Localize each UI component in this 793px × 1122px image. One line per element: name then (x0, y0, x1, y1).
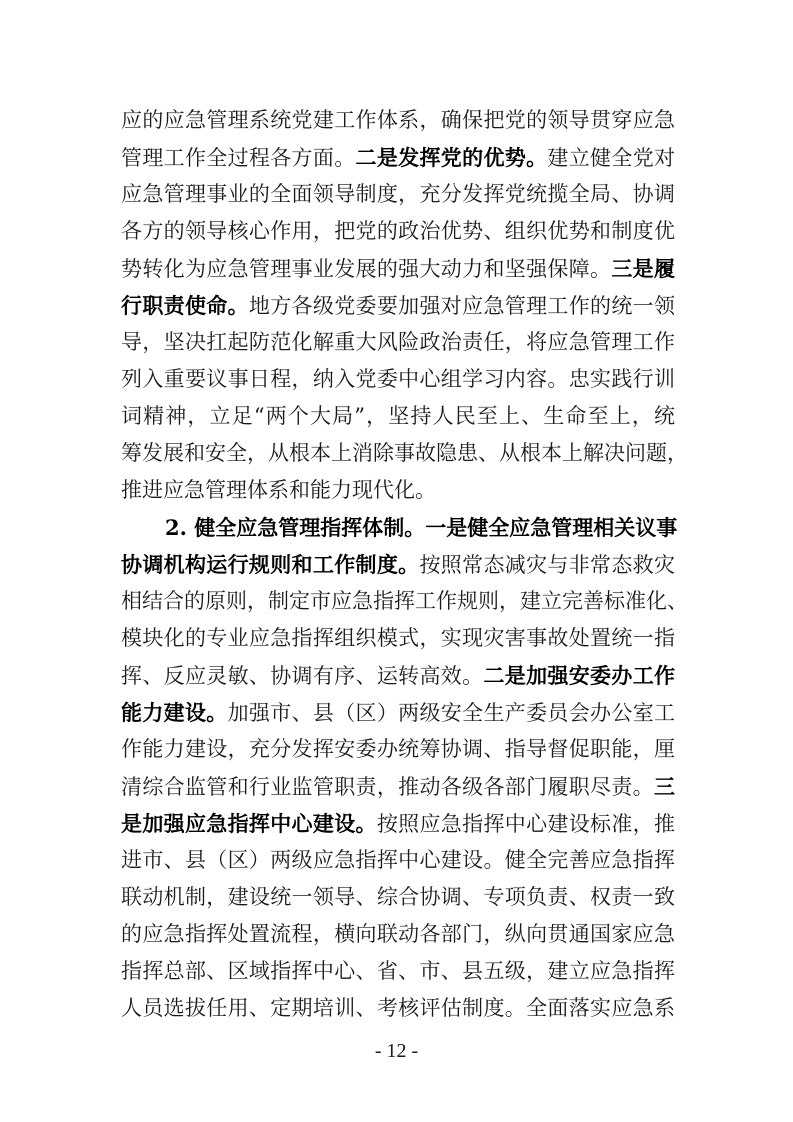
text-line: 应急管理事业的全面领导制度，充分发挥党统揽全局、协调 (121, 176, 675, 213)
bold-heading-text: 2. 健全应急管理指挥体制。一是健全应急管理相关议事 (165, 515, 677, 540)
text-line: 指挥总部、区域指挥中心、省、市、县五级，建立应急指挥 (121, 953, 675, 990)
text-line: 联动机制，建设统一领导、综合协调、专项负责、权责一致 (121, 879, 675, 916)
body-text: 管理工作全过程各方面。 (121, 146, 356, 170)
text-line: 模块化的专业应急指挥组织模式，实现灾害事故处置统一指 (121, 620, 675, 657)
text-line: 筹发展和安全，从根本上消除事故隐患、从根本上解决问题， (121, 435, 675, 472)
body-text: 进市、县（区）两级应急指挥中心建设。健全完善应急指挥 (121, 848, 675, 872)
body-text: 地方各级党委要加强对应急管理工作的统一领 (249, 294, 675, 318)
text-line: 列入重要议事日程，纳入党委中心组学习内容。忠实践行训 (121, 361, 675, 398)
body-text: 建立健全党对 (547, 146, 675, 170)
bold-heading-text: 三 (654, 774, 675, 799)
body-text: 相结合的原则，制定市应急指挥工作规则，建立完善标准化、 (121, 589, 688, 613)
body-text: 模块化的专业应急指挥组织模式，实现灾害事故处置统一指 (121, 626, 675, 650)
text-line: 行职责使命。地方各级党委要加强对应急管理工作的统一领 (121, 287, 675, 324)
text-line: 势转化为应急管理事业发展的强大动力和坚强保障。三是履 (121, 250, 675, 287)
text-line: 挥、反应灵敏、协调有序、运转高效。二是加强安委办工作 (121, 657, 675, 694)
body-text: 应的应急管理系统党建工作体系，确保把党的领导贯穿应急 (121, 108, 675, 132)
bold-heading-text: 是加强应急指挥中心建设。 (121, 811, 377, 836)
text-line: 能力建设。加强市、县（区）两级安全生产委员会办公室工 (121, 694, 675, 731)
page-number: - 12 - (0, 1040, 793, 1063)
text-line: 2. 健全应急管理指挥体制。一是健全应急管理相关议事 (121, 509, 675, 546)
body-text: 导，坚决扛起防范化解重大风险政治责任，将应急管理工作 (121, 330, 675, 354)
body-text: 挥、反应灵敏、协调有序、运转高效。 (121, 664, 483, 688)
document-body: 应的应急管理系统党建工作体系，确保把党的领导贯穿应急管理工作全过程各方面。二是发… (121, 102, 675, 1027)
bold-heading-text: 行职责使命。 (121, 293, 249, 318)
bold-heading-text: 二是加强安委办工作 (483, 663, 675, 688)
body-text: 加强市、县（区）两级安全生产委员会办公室工 (228, 701, 675, 725)
text-line: 相结合的原则，制定市应急指挥工作规则，建立完善标准化、 (121, 583, 675, 620)
text-line: 进市、县（区）两级应急指挥中心建设。健全完善应急指挥 (121, 842, 675, 879)
text-line: 推进应急管理体系和能力现代化。 (121, 472, 675, 509)
text-line: 作能力建设，充分发挥安委办统筹协调、指导督促职能，厘 (121, 731, 675, 768)
body-text: 列入重要议事日程，纳入党委中心组学习内容。忠实践行训 (121, 367, 675, 391)
body-text: 人员选拔任用、定期培训、考核评估制度。全面落实应急系 (121, 996, 675, 1020)
body-text: 按照应急指挥中心建设标准，推 (377, 812, 675, 836)
body-text: 筹发展和安全，从根本上消除事故隐患、从根本上解决问题， (121, 441, 688, 465)
text-line: 各方的领导核心作用，把党的政治优势、组织优势和制度优 (121, 213, 675, 250)
body-text: 清综合监管和行业监管职责，推动各级各部门履职尽责。 (121, 775, 654, 799)
text-line: 清综合监管和行业监管职责，推动各级各部门履职尽责。三 (121, 768, 675, 805)
text-line: 词精神，立足“两个大局”，坚持人民至上、生命至上，统 (121, 398, 675, 435)
text-line: 导，坚决扛起防范化解重大风险政治责任，将应急管理工作 (121, 324, 675, 361)
bold-heading-text: 协调机构运行规则和工作制度。 (121, 552, 419, 577)
body-text: 词精神，立足“两个大局”，坚持人民至上、生命至上，统 (121, 404, 675, 428)
body-text: 的应急指挥处置流程，横向联动各部门，纵向贯通国家应急 (121, 922, 675, 946)
body-text: 各方的领导核心作用，把党的政治优势、组织优势和制度优 (121, 219, 675, 243)
body-text: 联动机制，建设统一领导、综合协调、专项负责、权责一致 (121, 885, 675, 909)
body-text: 推进应急管理体系和能力现代化。 (121, 478, 436, 502)
text-line: 应的应急管理系统党建工作体系，确保把党的领导贯穿应急 (121, 102, 675, 139)
body-text: 按照常态减灾与非常态救灾 (419, 553, 675, 577)
text-line: 协调机构运行规则和工作制度。按照常态减灾与非常态救灾 (121, 546, 675, 583)
text-line: 人员选拔任用、定期培训、考核评估制度。全面落实应急系 (121, 990, 675, 1027)
body-text: 指挥总部、区域指挥中心、省、市、县五级，建立应急指挥 (121, 959, 675, 983)
body-text: 应急管理事业的全面领导制度，充分发挥党统揽全局、协调 (121, 182, 675, 206)
bold-heading-text: 二是发挥党的优势。 (356, 145, 548, 170)
text-line: 是加强应急指挥中心建设。按照应急指挥中心建设标准，推 (121, 805, 675, 842)
body-text: 势转化为应急管理事业发展的强大动力和坚强保障。 (121, 257, 611, 281)
text-line: 的应急指挥处置流程，横向联动各部门，纵向贯通国家应急 (121, 916, 675, 953)
body-text: 作能力建设，充分发挥安委办统筹协调、指导督促职能，厘 (121, 737, 675, 761)
text-line: 管理工作全过程各方面。二是发挥党的优势。建立健全党对 (121, 139, 675, 176)
bold-heading-text: 三是履 (611, 256, 675, 281)
bold-heading-text: 能力建设。 (121, 700, 228, 725)
